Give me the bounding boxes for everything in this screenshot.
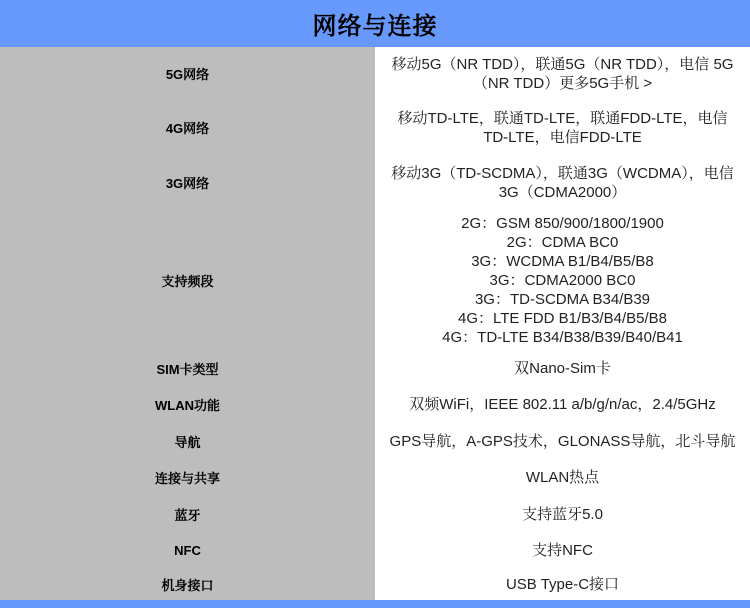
row-sim-card-type: SIM卡类型 双Nano-Sim卡 <box>0 350 750 386</box>
row-body-interface: 机身接口 USB Type-C接口 <box>0 569 750 600</box>
band-line: 3G：TD-SCDMA B34/B39 <box>387 290 738 309</box>
value-cell-nfc: 支持NFC <box>375 532 750 569</box>
value-cell-connect-share: WLAN热点 <box>375 459 750 496</box>
value-cell-bands: 2G：GSM 850/900/1800/1900 2G：CDMA BC0 3G：… <box>375 210 750 350</box>
value-cell-wlan: 双频WiFi，IEEE 802.11 a/b/g/n/ac，2.4/5GHz <box>375 386 750 423</box>
value-cell-5g: 移动5G（NR TDD），联通5G（NR TDD），电信 5G（NR TDD）更… <box>375 47 750 100</box>
label-cell-nfc: NFC <box>0 532 375 569</box>
network-spec-table: 5G网络 移动5G（NR TDD），联通5G（NR TDD），电信 5G（NR … <box>0 47 750 600</box>
spec-value: 支持蓝牙5.0 <box>387 505 738 524</box>
label-cell-4g: 4G网络 <box>0 100 375 155</box>
spec-value: USB Type-C接口 <box>387 575 738 594</box>
spec-label: 4G网络 <box>166 118 209 137</box>
value-cell-bluetooth: 支持蓝牙5.0 <box>375 496 750 532</box>
band-line: 2G：GSM 850/900/1800/1900 <box>387 214 738 233</box>
row-3g-network: 3G网络 移动3G（TD-SCDMA），联通3G（WCDMA），电信3G（CDM… <box>0 155 750 210</box>
band-line: 3G：CDMA2000 BC0 <box>387 271 738 290</box>
spec-label: 3G网络 <box>166 173 209 192</box>
label-cell-wlan: WLAN功能 <box>0 386 375 423</box>
label-cell-bluetooth: 蓝牙 <box>0 496 375 532</box>
band-line: 3G：WCDMA B1/B4/B5/B8 <box>387 252 738 271</box>
label-cell-sim: SIM卡类型 <box>0 350 375 386</box>
spec-value: WLAN热点 <box>387 468 738 487</box>
row-wlan-function: WLAN功能 双频WiFi，IEEE 802.11 a/b/g/n/ac，2.4… <box>0 386 750 423</box>
spec-value: GPS导航，A-GPS技术，GLONASS导航，北斗导航 <box>387 432 738 451</box>
label-cell-connect-share: 连接与共享 <box>0 459 375 496</box>
band-line: 4G：LTE FDD B1/B3/B4/B5/B8 <box>387 309 738 328</box>
next-section-header-bar <box>0 600 750 608</box>
row-navigation: 导航 GPS导航，A-GPS技术，GLONASS导航，北斗导航 <box>0 423 750 459</box>
label-cell-navigation: 导航 <box>0 423 375 459</box>
label-cell-5g: 5G网络 <box>0 47 375 100</box>
spec-label: 连接与共享 <box>155 468 220 487</box>
value-cell-sim: 双Nano-Sim卡 <box>375 350 750 386</box>
band-line: 4G：TD-LTE B34/B38/B39/B40/B41 <box>387 328 738 347</box>
row-4g-network: 4G网络 移动TD-LTE，联通TD-LTE，联通FDD-LTE，电信TD-LT… <box>0 100 750 155</box>
spec-label: 蓝牙 <box>174 505 200 524</box>
section-header-network: 网络与连接 <box>0 0 750 47</box>
spec-value: 移动3G（TD-SCDMA），联通3G（WCDMA），电信3G（CDMA2000… <box>387 164 738 202</box>
value-cell-4g: 移动TD-LTE，联通TD-LTE，联通FDD-LTE，电信TD-LTE，电信F… <box>375 100 750 155</box>
section-title: 网络与连接 <box>313 6 438 41</box>
spec-value: 移动5G（NR TDD），联通5G（NR TDD），电信 5G（NR TDD）更… <box>387 55 738 93</box>
spec-value: 双Nano-Sim卡 <box>387 359 738 378</box>
spec-label: 机身接口 <box>161 575 213 594</box>
spec-value: 双频WiFi，IEEE 802.11 a/b/g/n/ac，2.4/5GHz <box>387 395 738 414</box>
label-cell-3g: 3G网络 <box>0 155 375 210</box>
spec-label: SIM卡类型 <box>156 359 218 378</box>
spec-value: 移动TD-LTE，联通TD-LTE，联通FDD-LTE，电信TD-LTE，电信F… <box>387 109 738 147</box>
value-cell-body-interface: USB Type-C接口 <box>375 569 750 600</box>
label-cell-bands: 支持频段 <box>0 210 375 350</box>
label-cell-body-interface: 机身接口 <box>0 569 375 600</box>
spec-label: 支持频段 <box>161 271 213 290</box>
row-bluetooth: 蓝牙 支持蓝牙5.0 <box>0 496 750 532</box>
band-line: 2G：CDMA BC0 <box>387 233 738 252</box>
spec-value: 支持NFC <box>387 541 738 560</box>
value-cell-3g: 移动3G（TD-SCDMA），联通3G（WCDMA），电信3G（CDMA2000… <box>375 155 750 210</box>
value-cell-navigation: GPS导航，A-GPS技术，GLONASS导航，北斗导航 <box>375 423 750 459</box>
more-5g-phones-link[interactable]: 更多5G手机 > <box>559 75 652 92</box>
row-supported-bands: 支持频段 2G：GSM 850/900/1800/1900 2G：CDMA BC… <box>0 210 750 350</box>
row-nfc: NFC 支持NFC <box>0 532 750 569</box>
spec-label: 导航 <box>174 432 200 451</box>
row-5g-network: 5G网络 移动5G（NR TDD），联通5G（NR TDD），电信 5G（NR … <box>0 47 750 100</box>
spec-label: WLAN功能 <box>155 395 220 414</box>
row-connect-share: 连接与共享 WLAN热点 <box>0 459 750 496</box>
spec-label: 5G网络 <box>166 64 209 83</box>
spec-label: NFC <box>174 543 201 558</box>
